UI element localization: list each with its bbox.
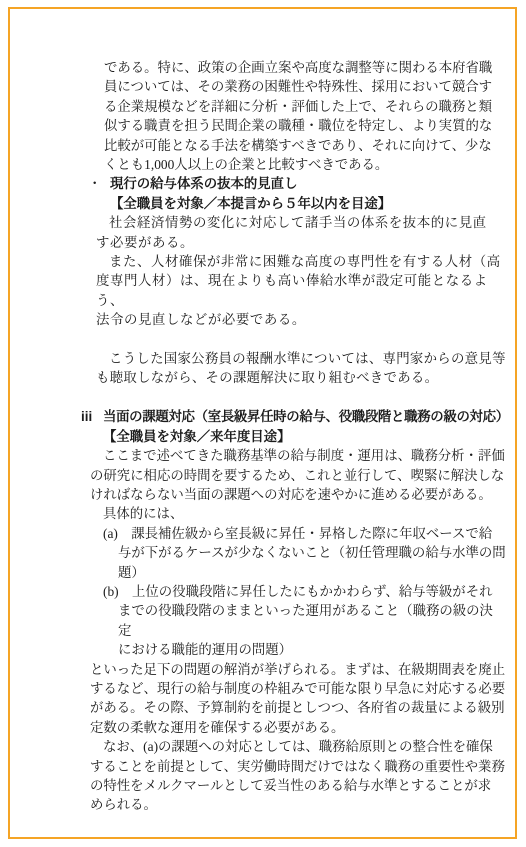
section-iii-scope: 【全職員を対象／来年度目途】 — [103, 427, 506, 446]
bullet-item-title: 現行の給与体系の抜本的見直し — [110, 174, 297, 193]
section-iii-label: iii — [81, 407, 103, 426]
section-iii-item-b: (b) 上位の役職段階に昇任したにもかかわらず、給与等級がそれ までの役職段階の… — [118, 582, 506, 660]
section-iii-heading-row: iii 当面の課題対応（室長級昇任時の給与、役職段階と職務の級の対応） — [81, 407, 506, 426]
section-iii-final-note: なお、(a)の課題への対応としては、職務給原則との整合性を確保 することを前提と… — [90, 737, 506, 815]
continuation-paragraph: である。特に、政策の企画立案や高度な調整等に関わる本府省職 員については、その業… — [104, 58, 506, 174]
document-page: である。特に、政策の企画立案や高度な調整等に関わる本府省職 員については、その業… — [0, 0, 526, 847]
bullet-item-body-2: また、人材確保が非常に困難な高度の専門性を有する人材（高 度専門人材）は、現在よ… — [96, 252, 506, 330]
bullet-item-body-1: 社会経済情勢の変化に対応して諸手当の体系を抜本的に見直 す必要がある。 — [96, 213, 506, 252]
section-iii-item-a: (a) 課長補佐級から室長級に昇任・昇格した際に年収ベースで給 与が下がるケース… — [118, 524, 506, 582]
section-iii-intro: ここまで述べてきた職務基準の給与制度・運用は、職務分析・評価 の研究に相応の時間… — [90, 446, 506, 504]
document-content: である。特に、政策の企画立案や高度な調整等に関わる本府省職 員については、その業… — [68, 58, 506, 815]
bullet-item-heading-row: ・ 現行の給与体系の抜本的見直し — [88, 174, 506, 193]
closing-note-paragraph: こうした国家公務員の報酬水準については、専門家からの意見等 も聴取しながら、その… — [96, 349, 506, 388]
section-iii-lead-in: 具体的には、 — [90, 504, 506, 523]
bullet-item-scope: 【全職員を対象／本提言から５年以内を目途】 — [110, 194, 506, 213]
bullet-marker: ・ — [88, 174, 110, 193]
section-iii-title: 当面の課題対応（室長級昇任時の給与、役職段階と職務の級の対応） — [103, 407, 509, 426]
section-iii-body-after-items: といった足下の問題の解消が挙げられる。まずは、在級期間表を廃止 するなど、現行の… — [90, 660, 506, 738]
